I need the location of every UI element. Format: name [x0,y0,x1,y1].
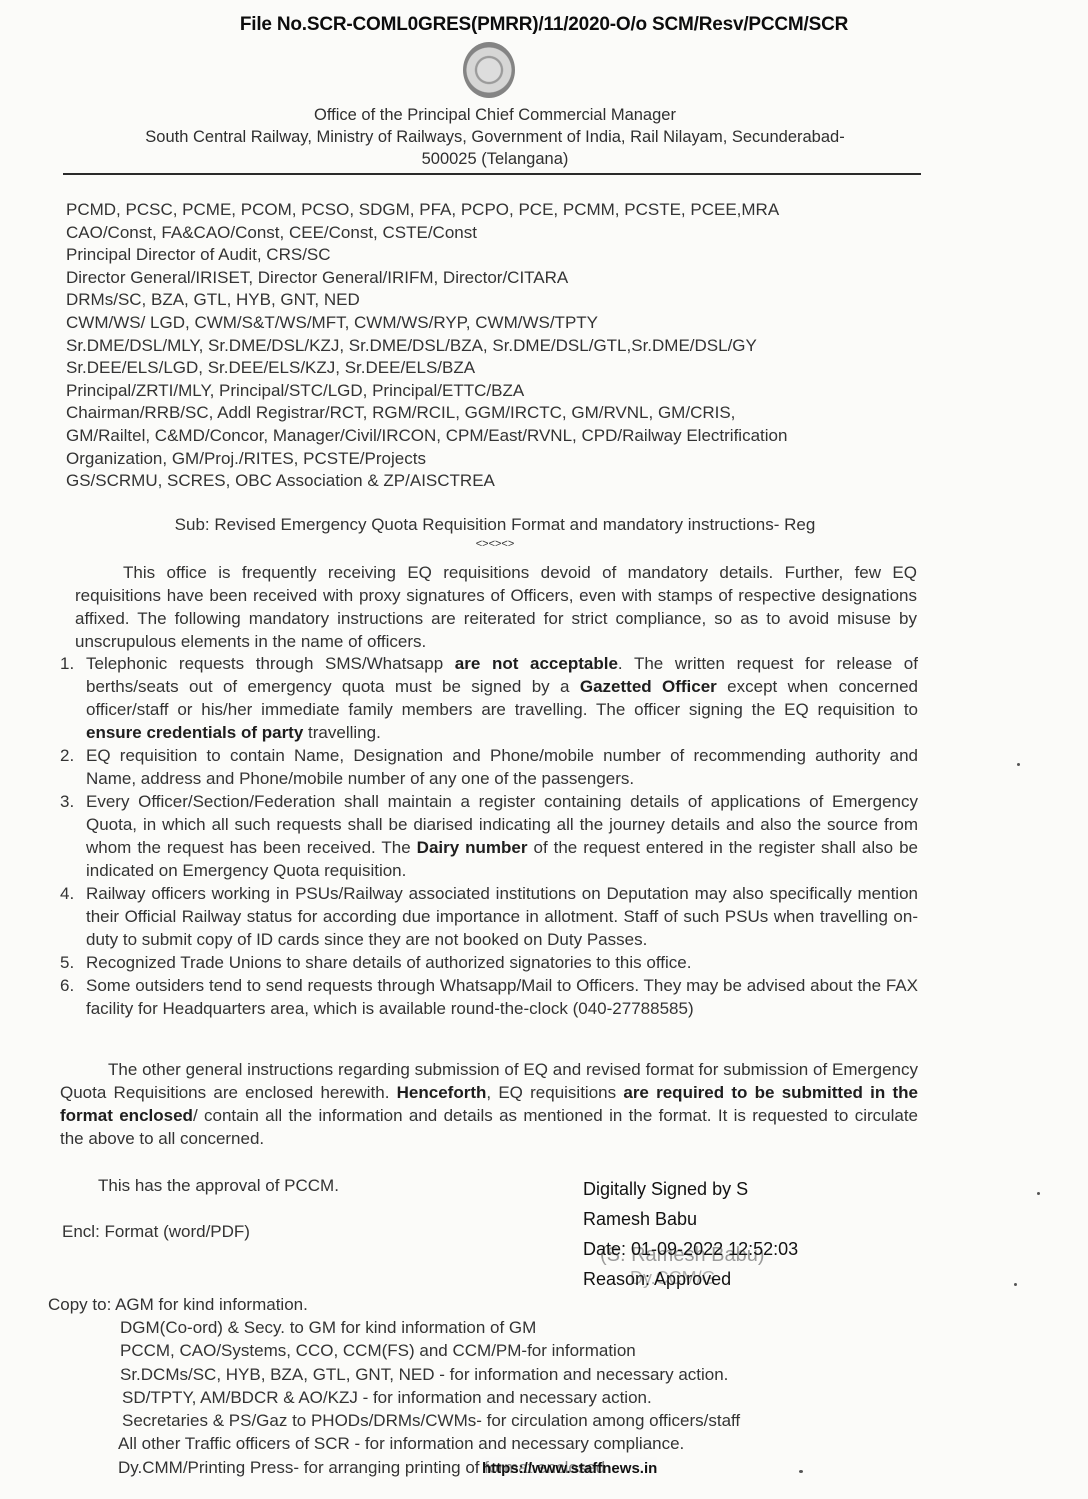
emphasized-text: ensure credentials of party [86,723,303,742]
instruction-number: 3. [60,790,86,882]
office-address-line1: South Central Railway, Ministry of Railw… [60,126,930,148]
signature-name: Ramesh Babu [583,1204,798,1234]
addressee-line: GM/Railtel, C&MD/Concor, Manager/Civil/I… [66,425,926,448]
emphasized-text: Dairy number [417,838,528,857]
scan-speck [1014,1283,1017,1286]
text-run: Some outsiders tend to send requests thr… [86,976,918,1018]
office-address-line2: 500025 (Telangana) [60,148,930,170]
copy-to-item: Dy.CMM/Printing Press- for arranging pri… [118,1456,740,1479]
addressee-line: Principal Director of Audit, CRS/SC [66,244,926,267]
watermark-link[interactable]: https://www.staffnews.in [482,1457,657,1480]
addressee-line: DRMs/SC, BZA, GTL, HYB, GNT, NED [66,289,926,312]
instruction-item: 4.Railway officers working in PSUs/Railw… [60,882,918,951]
addressee-line: Sr.DEE/ELS/LGD, Sr.DEE/ELS/KZJ, Sr.DEE/E… [66,357,926,380]
addressee-list: PCMD, PCSC, PCME, PCOM, PCSO, SDGM, PFA,… [66,199,926,493]
letterhead-divider [63,173,921,175]
emphasized-text: Gazetted Officer [580,677,717,696]
text-run: Railway officers working in PSUs/Railway… [86,884,918,949]
instruction-item: 3.Every Officer/Section/Federation shall… [60,790,918,882]
intro-paragraph: This office is frequently receiving EQ r… [75,561,917,653]
approval-note: This has the approval of PCCM. [98,1176,339,1196]
text-run: , EQ requisitions [486,1083,623,1102]
addressee-line: PCMD, PCSC, PCME, PCOM, PCSO, SDGM, PFA,… [66,199,926,222]
instruction-item: 5.Recognized Trade Unions to share detai… [60,951,918,974]
instruction-text: Some outsiders tend to send requests thr… [86,974,918,1020]
instruction-text: Recognized Trade Unions to share details… [86,951,918,974]
copy-to-item: DGM(Co-ord) & Secy. to GM for kind infor… [120,1316,740,1339]
text-run: Telephonic requests through SMS/Whatsapp [86,654,455,673]
instruction-text: Railway officers working in PSUs/Railway… [86,882,918,951]
instruction-number: 1. [60,652,86,744]
emphasized-text: Henceforth [397,1083,487,1102]
instruction-list: 1.Telephonic requests through SMS/Whatsa… [60,652,918,1020]
instruction-text: Telephonic requests through SMS/Whatsapp… [86,652,918,744]
instruction-item: 2.EQ requisition to contain Name, Design… [60,744,918,790]
addressee-line: GS/SCRMU, SCRES, OBC Association & ZP/AI… [66,470,926,493]
copy-to-item: All other Traffic officers of SCR - for … [118,1432,740,1455]
text-run: Recognized Trade Unions to share details… [86,953,691,972]
text-run: EQ requisition to contain Name, Designat… [86,746,918,788]
closing-paragraph: The other general instructions regarding… [60,1058,918,1150]
scan-speck [799,1470,803,1473]
addressee-line: Chairman/RRB/SC, Addl Registrar/RCT, RGM… [66,402,926,425]
section-separator: <><><> [60,538,930,550]
copy-to-item: Secretaries & PS/Gaz to PHODs/DRMs/CWMs-… [122,1409,740,1432]
subject-line: Sub: Revised Emergency Quota Requisition… [60,514,930,536]
addressee-line: Principal/ZRTI/MLY, Principal/STC/LGD, P… [66,380,926,403]
instruction-text: EQ requisition to contain Name, Designat… [86,744,918,790]
digital-signature-block: Digitally Signed by S Ramesh Babu Date: … [583,1174,798,1294]
emphasized-text: are not acceptable [455,654,618,673]
instruction-text: Every Officer/Section/Federation shall m… [86,790,918,882]
scan-speck [1017,763,1020,766]
intro-text: This office is frequently receiving EQ r… [75,563,917,651]
office-title: Office of the Principal Chief Commercial… [60,104,930,126]
copy-to-item: SD/TPTY, AM/BDCR & AO/KZJ - for informat… [122,1386,740,1409]
text-run: travelling. [303,723,380,742]
addressee-line: CAO/Const, FA&CAO/Const, CEE/Const, CSTE… [66,222,926,245]
indian-railways-emblem-icon [463,42,515,98]
addressee-line: Director General/IRISET, Director Genera… [66,267,926,290]
instruction-item: 1.Telephonic requests through SMS/Whatsa… [60,652,918,744]
office-letterhead: Office of the Principal Chief Commercial… [60,104,930,170]
copy-to-item: Sr.DCMs/SC, HYB, BZA, GTL, GNT, NED - fo… [120,1363,740,1386]
enclosure-note: Encl: Format (word/PDF) [62,1222,250,1242]
copy-to-label: Copy to: AGM for kind information. [48,1293,308,1316]
instruction-number: 6. [60,974,86,1020]
addressee-line: CWM/WS/ LGD, CWM/S&T/WS/MFT, CWM/WS/RYP,… [66,312,926,335]
instruction-number: 4. [60,882,86,951]
addressee-line: Organization, GM/Proj./RITES, PCSTE/Proj… [66,448,926,471]
instruction-item: 6.Some outsiders tend to send requests t… [60,974,918,1020]
copy-to-item: PCCM, CAO/Systems, CCO, CCM(FS) and CCM/… [120,1339,740,1362]
instruction-number: 2. [60,744,86,790]
addressee-line: Sr.DME/DSL/MLY, Sr.DME/DSL/KZJ, Sr.DME/D… [66,335,926,358]
file-number: File No.SCR-COML0GRES(PMRR)/11/2020-O/o … [0,14,1088,36]
signature-date: Date: 01-09-2022 12:52:03 [583,1234,798,1264]
scan-speck [1037,1192,1040,1195]
instruction-number: 5. [60,951,86,974]
signature-reason: Reason: Approved [583,1264,798,1294]
copy-to-list: DGM(Co-ord) & Secy. to GM for kind infor… [120,1316,740,1479]
signature-signed-by: Digitally Signed by S [583,1174,798,1204]
